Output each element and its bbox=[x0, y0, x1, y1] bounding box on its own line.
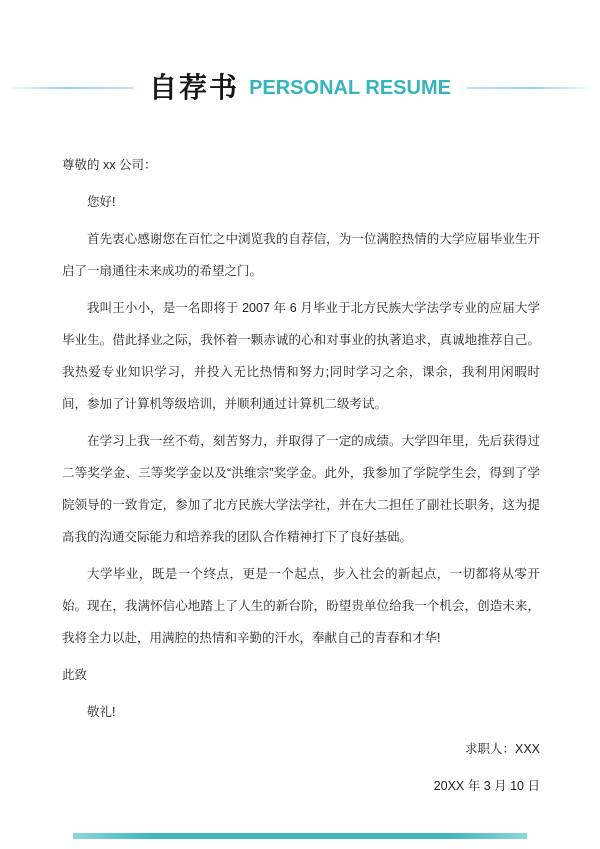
page-title-chinese: 自荐书 bbox=[149, 70, 239, 106]
signature-block: 求职人：XXX 20XX 年 3 月 10 日 bbox=[62, 733, 540, 802]
page-title-english: PERSONAL RESUME bbox=[249, 70, 451, 106]
header-divider-right bbox=[467, 87, 590, 89]
paragraph-aspiration: 大学毕业，既是一个终点，更是一个起点，步入社会的新起点，一切都将从零开始。现在，… bbox=[62, 558, 540, 654]
closing-respectfully: 此致 bbox=[62, 659, 540, 691]
letter-body: 尊敬的 xx 公司： 您好! 首先衷心感谢您在百忙之中浏览我的自荐信，为一位满腔… bbox=[62, 149, 540, 807]
header-divider-left bbox=[10, 87, 133, 89]
closing-salute: 敬礼! bbox=[62, 696, 540, 728]
document-header: 自荐书 PERSONAL RESUME bbox=[0, 70, 600, 106]
paragraph-intro: 首先衷心感谢您在百忙之中浏览我的自荐信，为一位满腔热情的大学应届毕业生开启了一扇… bbox=[62, 223, 540, 287]
footer-accent-bar bbox=[73, 833, 527, 839]
salutation: 尊敬的 xx 公司： bbox=[62, 149, 540, 181]
applicant-line: 求职人：XXX bbox=[62, 733, 540, 765]
resume-page: 自荐书 PERSONAL RESUME 尊敬的 xx 公司： 您好! 首先衷心感… bbox=[0, 0, 600, 849]
greeting: 您好! bbox=[62, 186, 540, 218]
paragraph-academic-achievements: 在学习上我一丝不苟，刻苦努力，并取得了一定的成绩。大学四年里，先后获得过二等奖学… bbox=[62, 425, 540, 553]
paragraph-self-introduction: 我叫王小小，是一名即将于 2007 年 6 月毕业于北方民族大学法学专业的应届大… bbox=[62, 292, 540, 420]
date-line: 20XX 年 3 月 10 日 bbox=[62, 770, 540, 802]
